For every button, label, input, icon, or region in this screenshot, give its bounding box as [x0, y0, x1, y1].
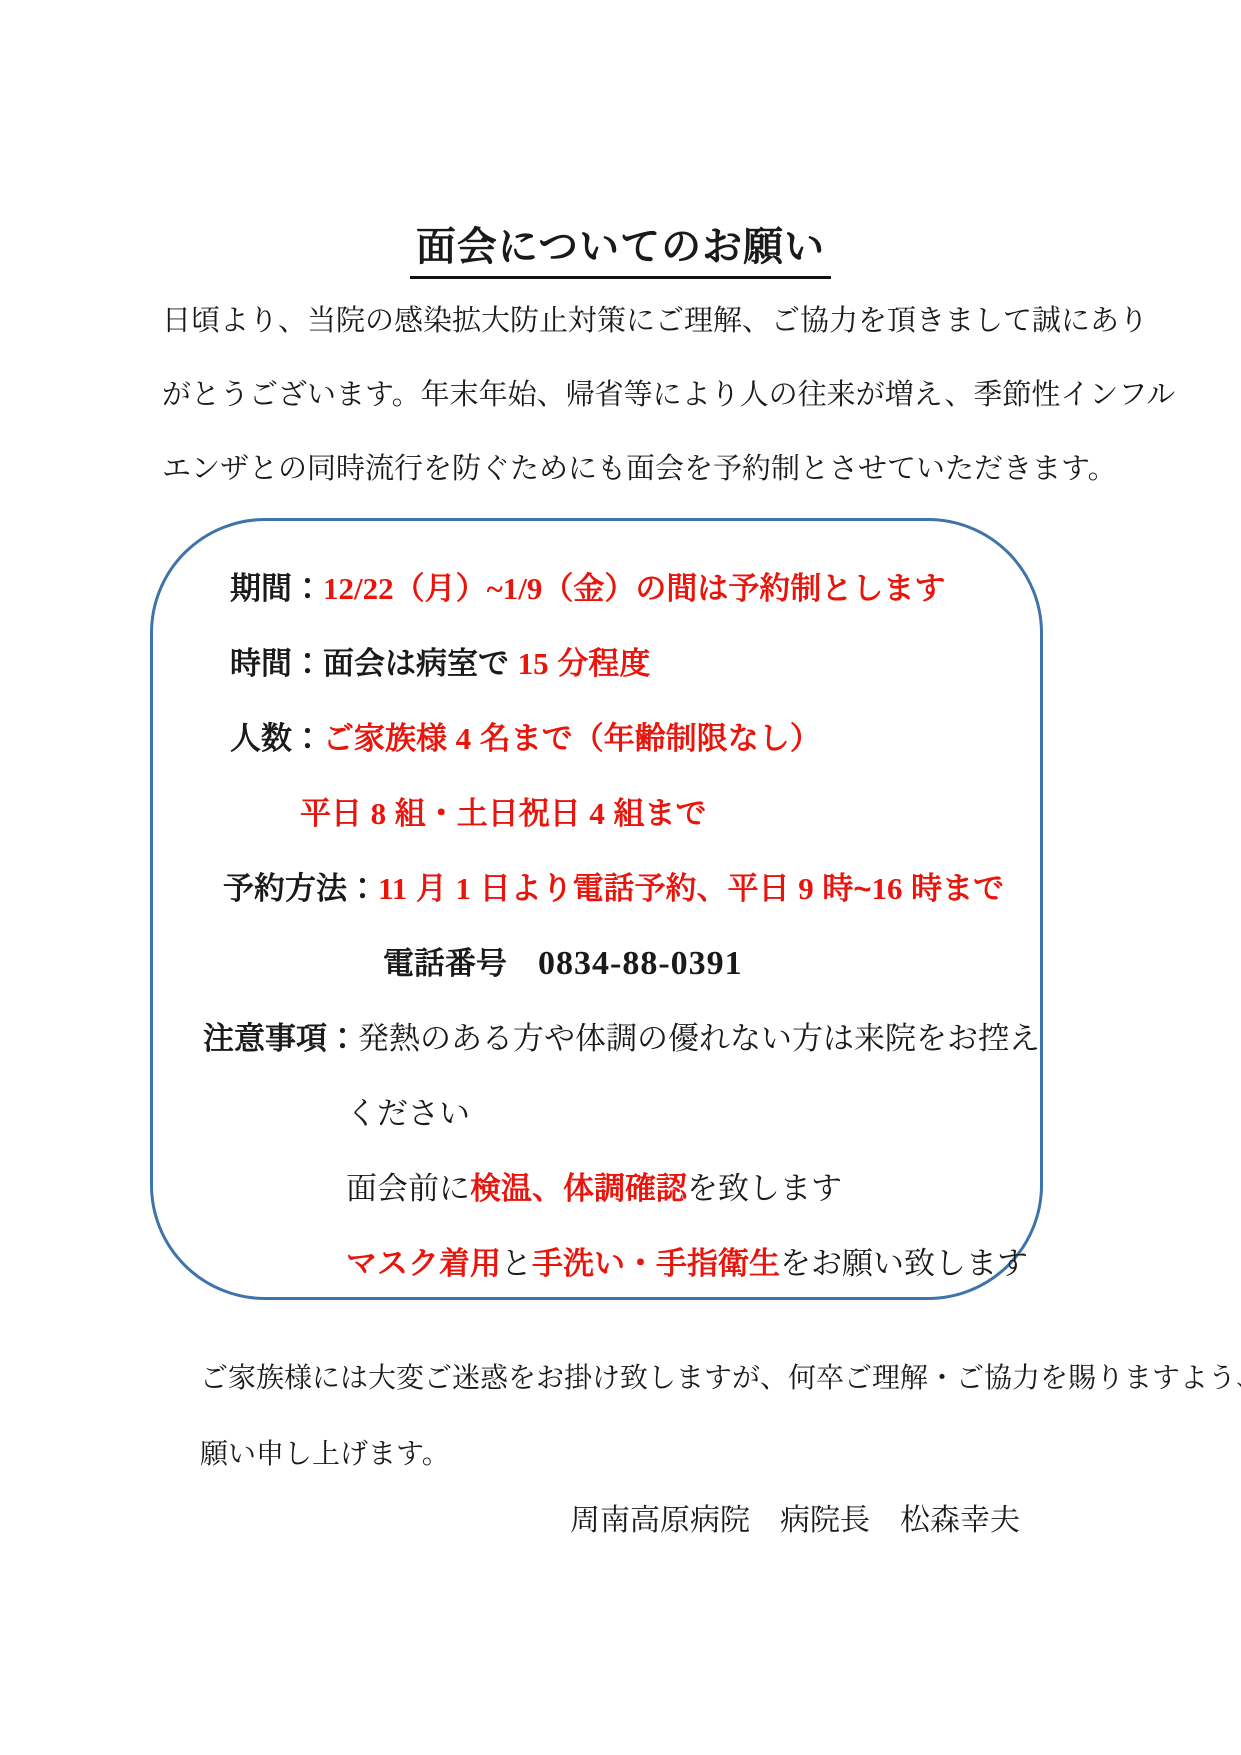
intro-paragraph: 日頃より、当院の感染拡大防止対策にご理解、ご協力を頂きまして誠にあり がとうござ… [162, 284, 1175, 506]
text-segment: 日より電話予約、平日 [471, 871, 798, 906]
rule-line-time: 時間：面会は病室で 15 分程度 [153, 626, 1040, 701]
rule-line-groups: 平日 8 組・土日祝日 4 組まで [153, 776, 1040, 851]
text-segment: 組まで [605, 796, 707, 831]
closing-line-2: 願い申し上げます。 [200, 1416, 1241, 1492]
text-segment: 発熱のある方や体調の優れない方は来院をお控え [358, 1021, 1040, 1056]
rule-line-mask-hygiene: マスク着用と手洗い・手指衛生をお願い致します [153, 1226, 1040, 1301]
text-segment: 分程度 [549, 646, 651, 681]
notice-page: 面会についてのお願い 日頃より、当院の感染拡大防止対策にご理解、ご協力を頂きまし… [0, 0, 1241, 1755]
text-segment: 4 [456, 721, 472, 756]
rule-line-people: 人数：ご家族様 4 名まで（年齢制限なし） [153, 701, 1040, 776]
text-segment: 15 [518, 646, 549, 681]
closing-line-1: ご家族様には大変ご迷惑をお掛け致しますが、何卒ご理解・ご協力を賜りますよう、お [200, 1340, 1241, 1416]
text-segment: ~ [487, 571, 503, 606]
text-segment: 電話番号 [383, 946, 538, 981]
text-segment: 期間： [230, 571, 323, 606]
text-segment: 検温、体調確認 [470, 1171, 687, 1206]
rule-line-phone-number: 電話番号 0834-88-0391 [153, 926, 1040, 1001]
text-segment: 組・土日祝日 [386, 796, 589, 831]
title-row: 面会についてのお願い [0, 215, 1241, 279]
rule-line-health-check: 面会前に検温、体調確認を致します [153, 1151, 1040, 1226]
intro-line-3: エンザとの同時流行を防ぐためにも面会を予約制とさせていただきます。 [162, 432, 1175, 506]
text-segment: をお願い致します [780, 1246, 1028, 1281]
rule-line-period: 期間：12/22（月）~1/9（金）の間は予約制とします [153, 551, 1040, 626]
text-segment: 注意事項： [203, 1021, 358, 1056]
text-segment: 手洗い・手指衛生 [532, 1246, 780, 1281]
text-segment: 1/9 [503, 571, 543, 606]
text-segment: 時まで [902, 871, 1004, 906]
signature-line: 周南高原病院 病院長 松森幸夫 [0, 1495, 1020, 1539]
text-segment: 4 [589, 796, 605, 831]
intro-line-2: がとうございます。年末年始、帰省等により人の往来が増え、季節性インフル [162, 358, 1175, 432]
text-segment: と [501, 1246, 532, 1281]
text-segment: 12/22 [323, 571, 394, 606]
rule-line-reservation: 予約方法：11 月 1 日より電話予約、平日 9 時~16 時まで [153, 851, 1040, 926]
text-segment: （月） [394, 571, 487, 606]
text-segment: を致します [687, 1171, 842, 1206]
text-segment: 人数： [230, 721, 323, 756]
text-segment: 1 [456, 871, 472, 906]
intro-line-1: 日頃より、当院の感染拡大防止対策にご理解、ご協力を頂きまして誠にあり [162, 284, 1175, 358]
text-segment: ください [346, 1096, 470, 1131]
page-title: 面会についてのお願い [410, 215, 831, 279]
text-segment: 16 [871, 871, 902, 906]
text-segment: 予約方法： [223, 871, 378, 906]
text-segment: 8 [371, 796, 387, 831]
text-segment: の間は予約制とします [635, 571, 945, 606]
text-segment: 9 [798, 871, 814, 906]
rule-line-caution: 注意事項：発熱のある方や体調の優れない方は来院をお控え [153, 1001, 1040, 1076]
text-segment: ご家族様 [323, 721, 456, 756]
text-segment: 0834-88-0391 [538, 945, 743, 982]
text-segment: 平日 [300, 796, 371, 831]
closing-paragraph: ご家族様には大変ご迷惑をお掛け致しますが、何卒ご理解・ご協力を賜りますよう、お … [200, 1340, 1241, 1492]
text-segment: 名まで（年齢制限なし） [471, 721, 821, 756]
text-segment: （金） [542, 571, 635, 606]
text-segment: 月 [407, 871, 455, 906]
text-segment: マスク着用 [346, 1246, 501, 1281]
text-segment: 時間：面会は病室で [230, 646, 518, 681]
text-segment: 時~ [814, 871, 872, 906]
text-segment: 面会前に [346, 1171, 470, 1206]
text-segment: 11 [378, 871, 407, 906]
rule-line-caution-cont: ください [153, 1076, 1040, 1151]
visiting-rules-box: 期間：12/22（月）~1/9（金）の間は予約制とします 時間：面会は病室で 1… [150, 518, 1043, 1300]
